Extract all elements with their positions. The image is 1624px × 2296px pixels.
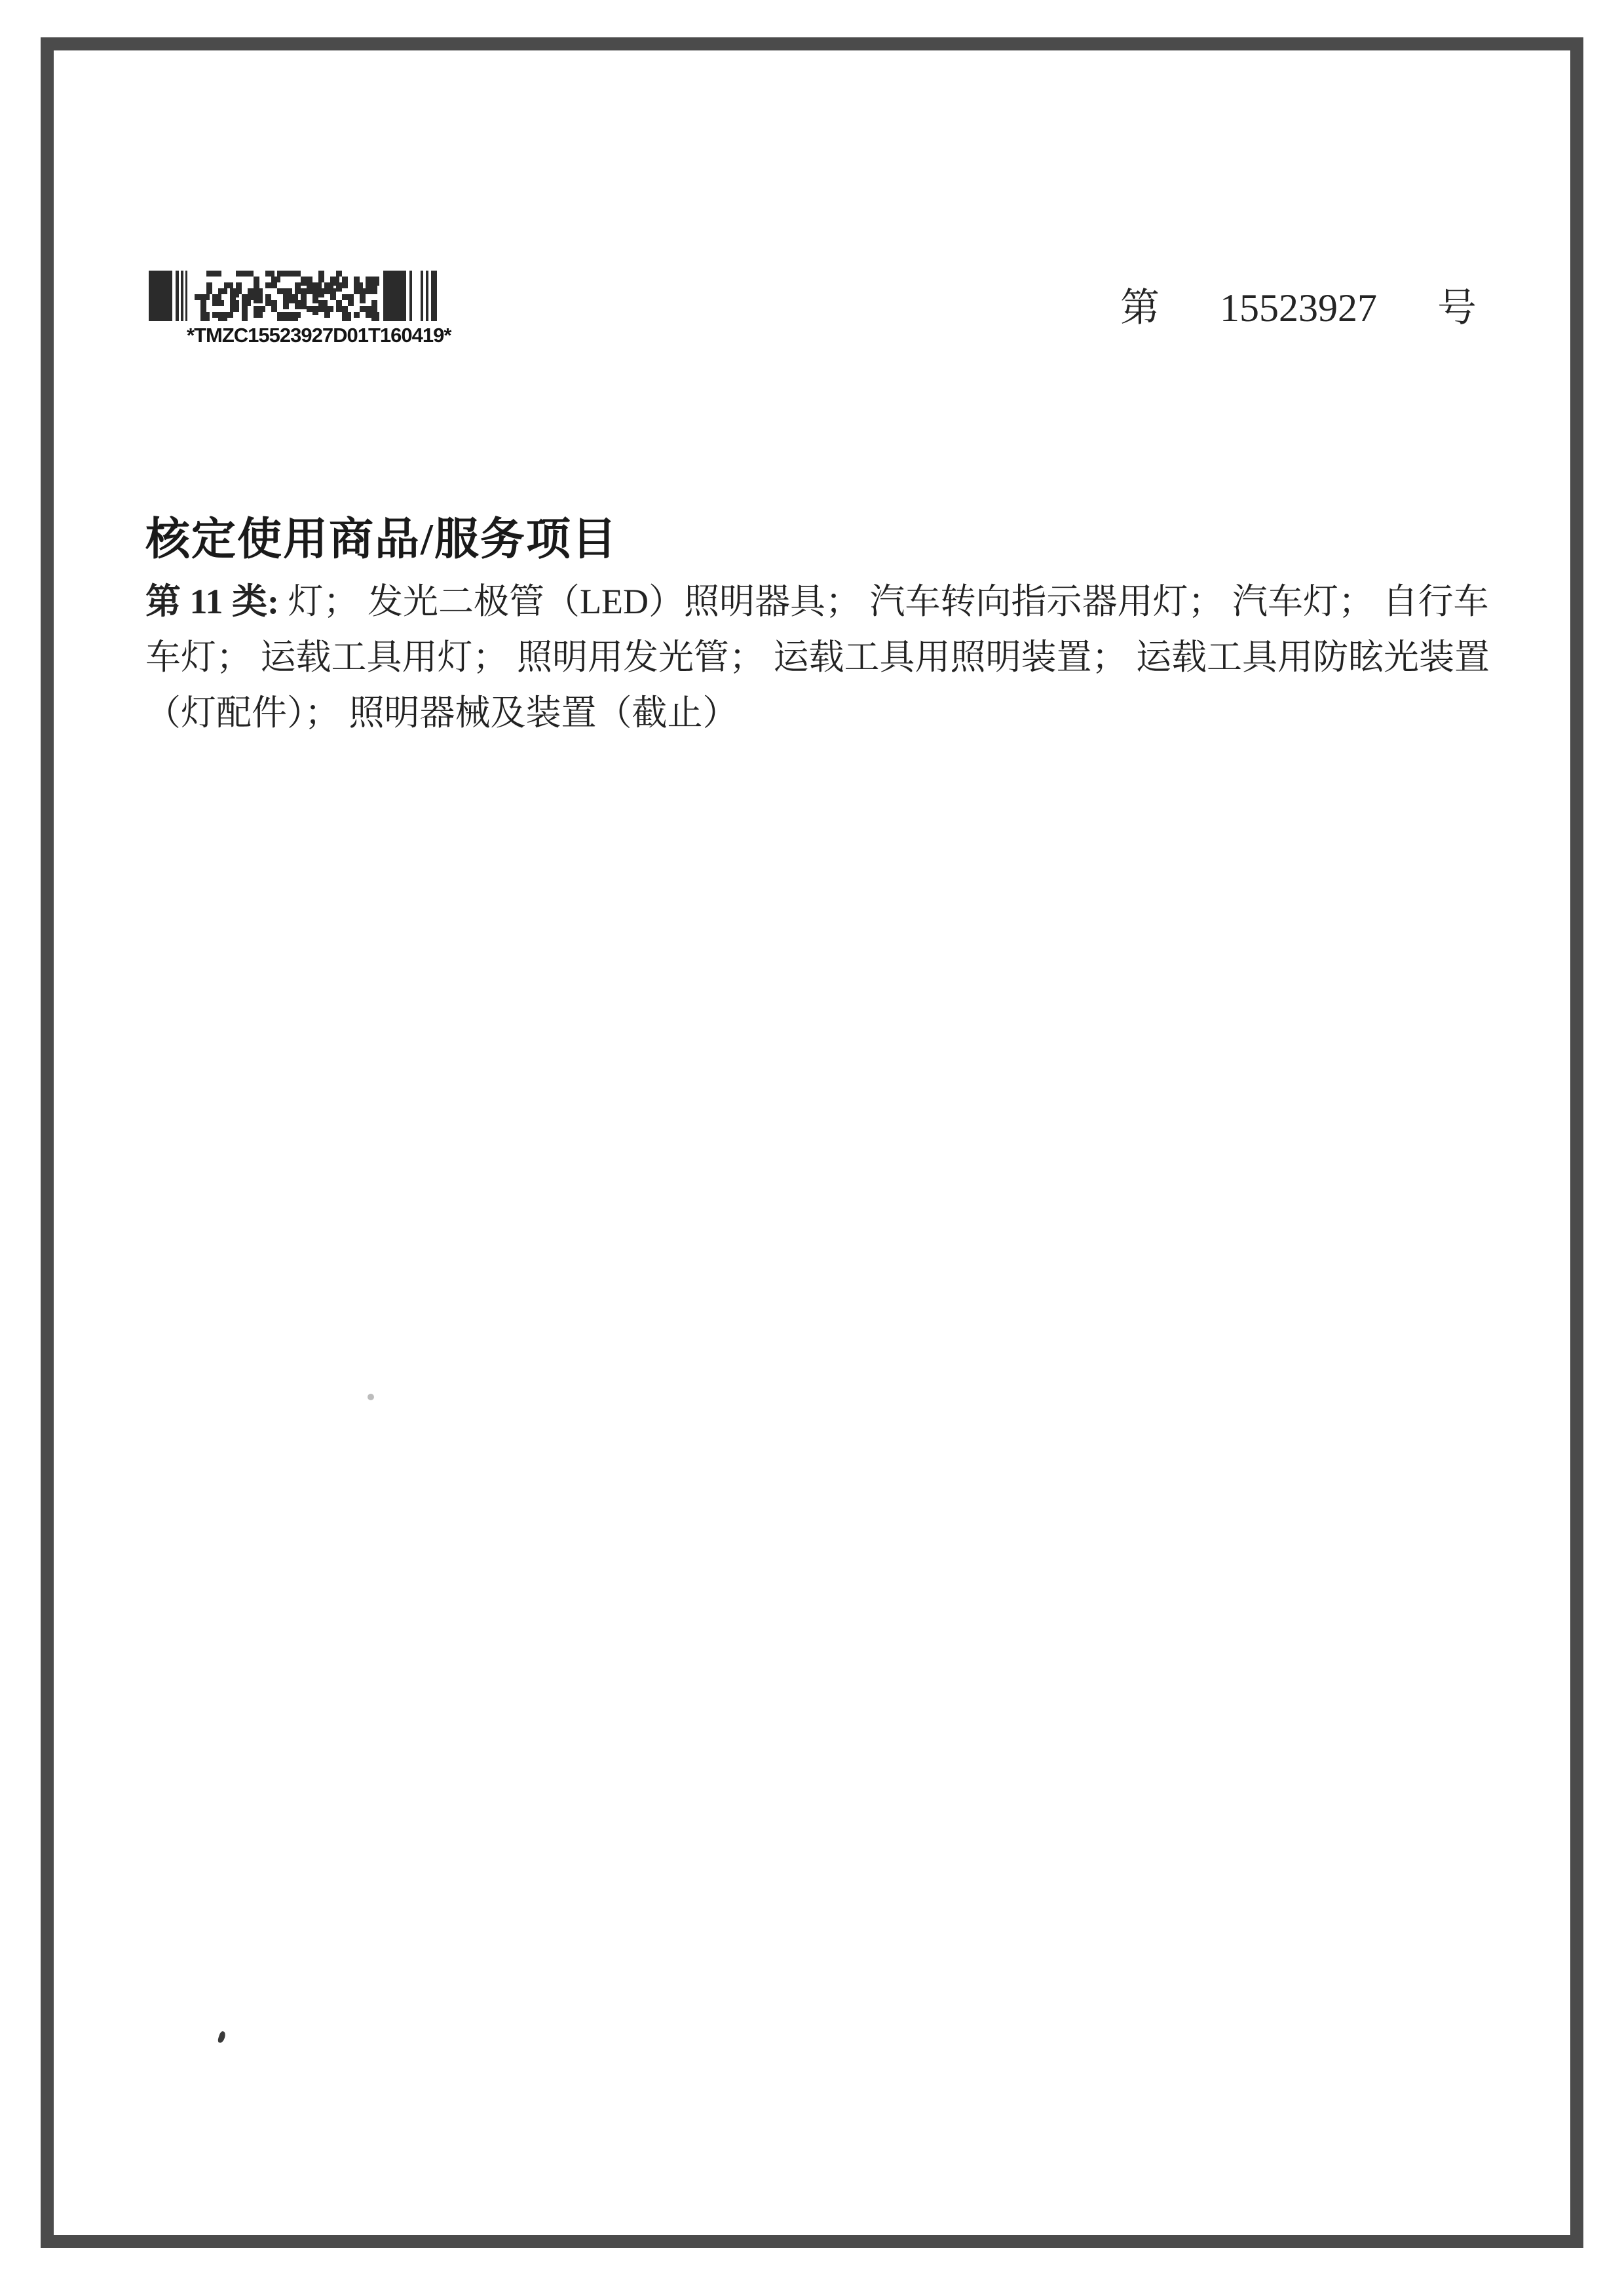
- goods-description: 第 11 类: 灯； 发光二极管（LED）照明器具； 汽车转向指示器用灯； 汽车…: [145, 574, 1528, 741]
- barcode: *TMZC15523927D01T160419*: [149, 271, 437, 346]
- registration-number: 第 15523927 号: [1120, 277, 1477, 333]
- goods-line-2: 车灯； 运载工具用灯； 照明用发光管； 运载工具用照明装置； 运载工具用防眩光装…: [145, 630, 1528, 685]
- barcode-caption: *TMZC15523927D01T160419*: [187, 324, 451, 347]
- goods-line-1: 第 11 类: 灯； 发光二极管（LED）照明器具； 汽车转向指示器用灯； 汽车…: [145, 574, 1528, 630]
- registration-number-prefix: 第: [1120, 277, 1160, 333]
- goods-line-1-text: 灯； 发光二极管（LED）照明器具； 汽车转向指示器用灯； 汽车灯； 自行车: [288, 582, 1489, 621]
- scan-speck: [368, 1394, 374, 1400]
- registration-number-suffix: 号: [1437, 277, 1477, 333]
- barcode-icon: [149, 271, 437, 321]
- class-label: 第 11 类:: [145, 582, 288, 621]
- page-border-frame: [41, 37, 1583, 2248]
- certificate-page: *TMZC15523927D01T160419* 第 15523927 号 核定…: [0, 0, 1624, 2296]
- registration-number-value: 15523927: [1220, 286, 1377, 331]
- section-title: 核定使用商品/服务项目: [145, 504, 618, 567]
- goods-line-3: （灯配件）； 照明器械及装置（截止）: [145, 685, 1528, 741]
